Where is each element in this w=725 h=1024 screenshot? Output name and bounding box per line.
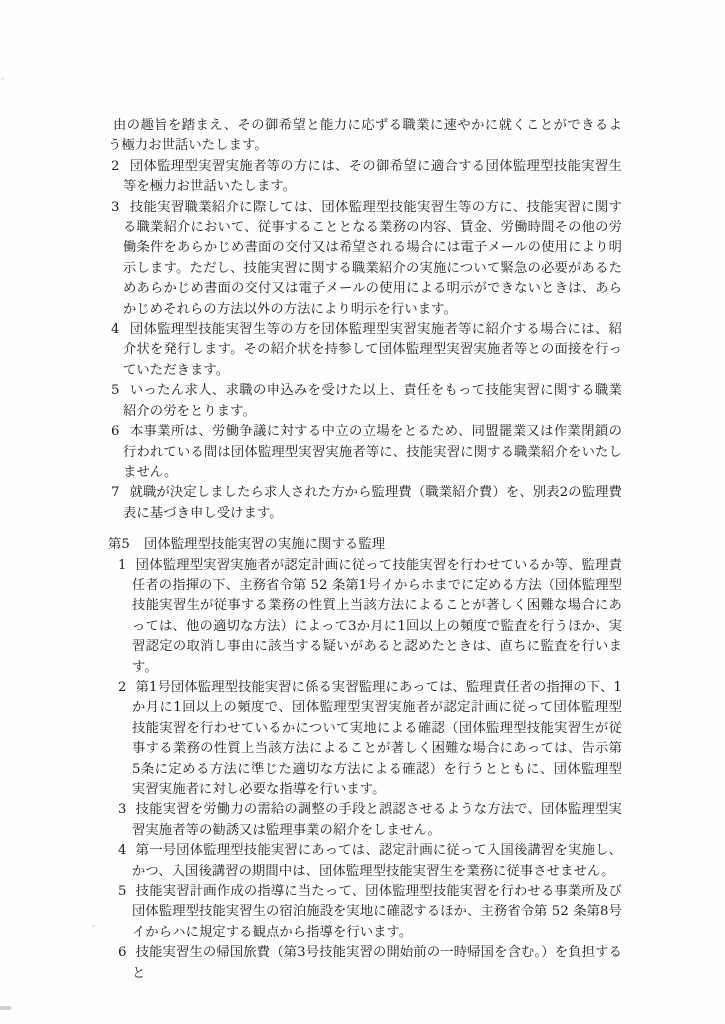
- list-item-4-7: 7就職が決定しましたら求人された方から監理費（職業紹介費）を、別表2の監理費表に…: [108, 483, 622, 524]
- item-text: 本事業所は、労働争議に対する中立の立場をとるため、同盟罷業又は作業閉鎖の行われて…: [123, 424, 622, 480]
- list-item-5-5: 5技能実習計画作成の指導に当たって、団体監理型技能実習を行わせる事業所及び団体監…: [108, 882, 622, 943]
- scan-edge-mark: [0, 1006, 11, 1010]
- paragraph-item1-continuation: 由の趣旨を踏まえ、その御希望と能力に応ずる職業に速やかに就くことができるよう極力…: [108, 116, 622, 157]
- section5-heading: 第5団体監理型技能実習の実施に関する監理: [108, 535, 622, 555]
- item-text: 第一号団体監理型技能実習にあっては、認定計画に従って入国後講習を実施し、かつ、入…: [132, 843, 622, 878]
- item-number: 6: [117, 422, 120, 442]
- scan-speck: [92, 925, 95, 927]
- list-item-4-6: 6本事業所は、労働争議に対する中立の立場をとるため、同盟罷業又は作業閉鎖の行われ…: [108, 422, 622, 483]
- list-item-5-4: 4第一号団体監理型技能実習にあっては、認定計画に従って入国後講習を実施し、かつ、…: [108, 841, 622, 882]
- item-text: いったん求人、求職の申込みを受けた以上、責任をもって技能実習に関する職業紹介の労…: [123, 383, 622, 418]
- scanned-document-page: 由の趣旨を踏まえ、その御希望と能力に応ずる職業に速やかに就くことができるよう極力…: [0, 0, 725, 1024]
- item-number: 2: [117, 157, 120, 177]
- item-number: 3: [125, 800, 127, 820]
- item-text: 技能実習職業紹介に際しては、団体監理型技能実習生等の方に、技能実習に関する職業紹…: [123, 200, 622, 317]
- item-text: 技能実習を労働力の需給の調整の手段と誤認させるような方法で、団体監理型実習実施者…: [132, 802, 622, 837]
- item-text: 第1号団体監理型技能実習に係る実習監理にあっては、監理責任者の指揮の下、1か月に…: [132, 680, 622, 797]
- item-number: 1: [125, 556, 127, 576]
- document-body: 由の趣旨を踏まえ、その御希望と能力に応ずる職業に速やかに就くことができるよう極力…: [108, 116, 622, 984]
- item-number: 5: [125, 882, 127, 902]
- item-number: 3: [117, 198, 120, 218]
- list-item-5-3: 3技能実習を労働力の需給の調整の手段と誤認させるような方法で、団体監理型実習実施…: [108, 800, 622, 841]
- list-item-4-5: 5いったん求人、求職の申込みを受けた以上、責任をもって技能実習に関する職業紹介の…: [108, 381, 622, 422]
- item-text: 団体監理型実習実施者等の方には、その御希望に適合する団体監理型技能実習生等を極力…: [123, 159, 622, 194]
- item-text: 団体監理型技能実習生等の方を団体監理型実習実施者等に紹介する場合には、紹介状を発…: [123, 322, 622, 378]
- item-number: 4: [117, 320, 120, 340]
- list-item-4-2: 2団体監理型実習実施者等の方には、その御希望に適合する団体監理型技能実習生等を極…: [108, 157, 622, 198]
- list-item-5-2: 2第1号団体監理型技能実習に係る実習監理にあっては、監理責任者の指揮の下、1か月…: [108, 678, 622, 800]
- item-number: 6: [125, 943, 127, 963]
- list-item-4-3: 3技能実習職業紹介に際しては、団体監理型技能実習生等の方に、技能実習に関する職業…: [108, 198, 622, 320]
- list-item-5-1: 1団体監理型実習実施者が認定計画に従って技能実習を行わせているか等、監理責任者の…: [108, 556, 622, 678]
- item-text: 技能実習生の帰国旅費（第3号技能実習の開始前の一時帰国を含む。）を負担すると: [132, 945, 622, 980]
- item-number: 5: [117, 381, 120, 401]
- item-text: 団体監理型実習実施者が認定計画に従って技能実習を行わせているか等、監理責任者の指…: [132, 558, 622, 675]
- item-number: 7: [117, 483, 120, 503]
- list-item-4-4: 4団体監理型技能実習生等の方を団体監理型実習実施者等に紹介する場合には、紹介状を…: [108, 320, 622, 381]
- section5-title: 団体監理型技能実習の実施に関する監理: [144, 537, 385, 552]
- item-text: 技能実習計画作成の指導に当たって、団体監理型技能実習を行わせる事業所及び団体監理…: [132, 884, 622, 940]
- section5-label: 第5: [108, 537, 130, 552]
- item-text: 就職が決定しましたら求人された方から監理費（職業紹介費）を、別表2の監理費表に基…: [123, 485, 622, 520]
- item-number: 2: [125, 678, 127, 698]
- list-item-5-6: 6技能実習生の帰国旅費（第3号技能実習の開始前の一時帰国を含む。）を負担すると: [108, 943, 622, 984]
- scan-speck: [1, 78, 4, 80]
- item-number: 4: [125, 841, 127, 861]
